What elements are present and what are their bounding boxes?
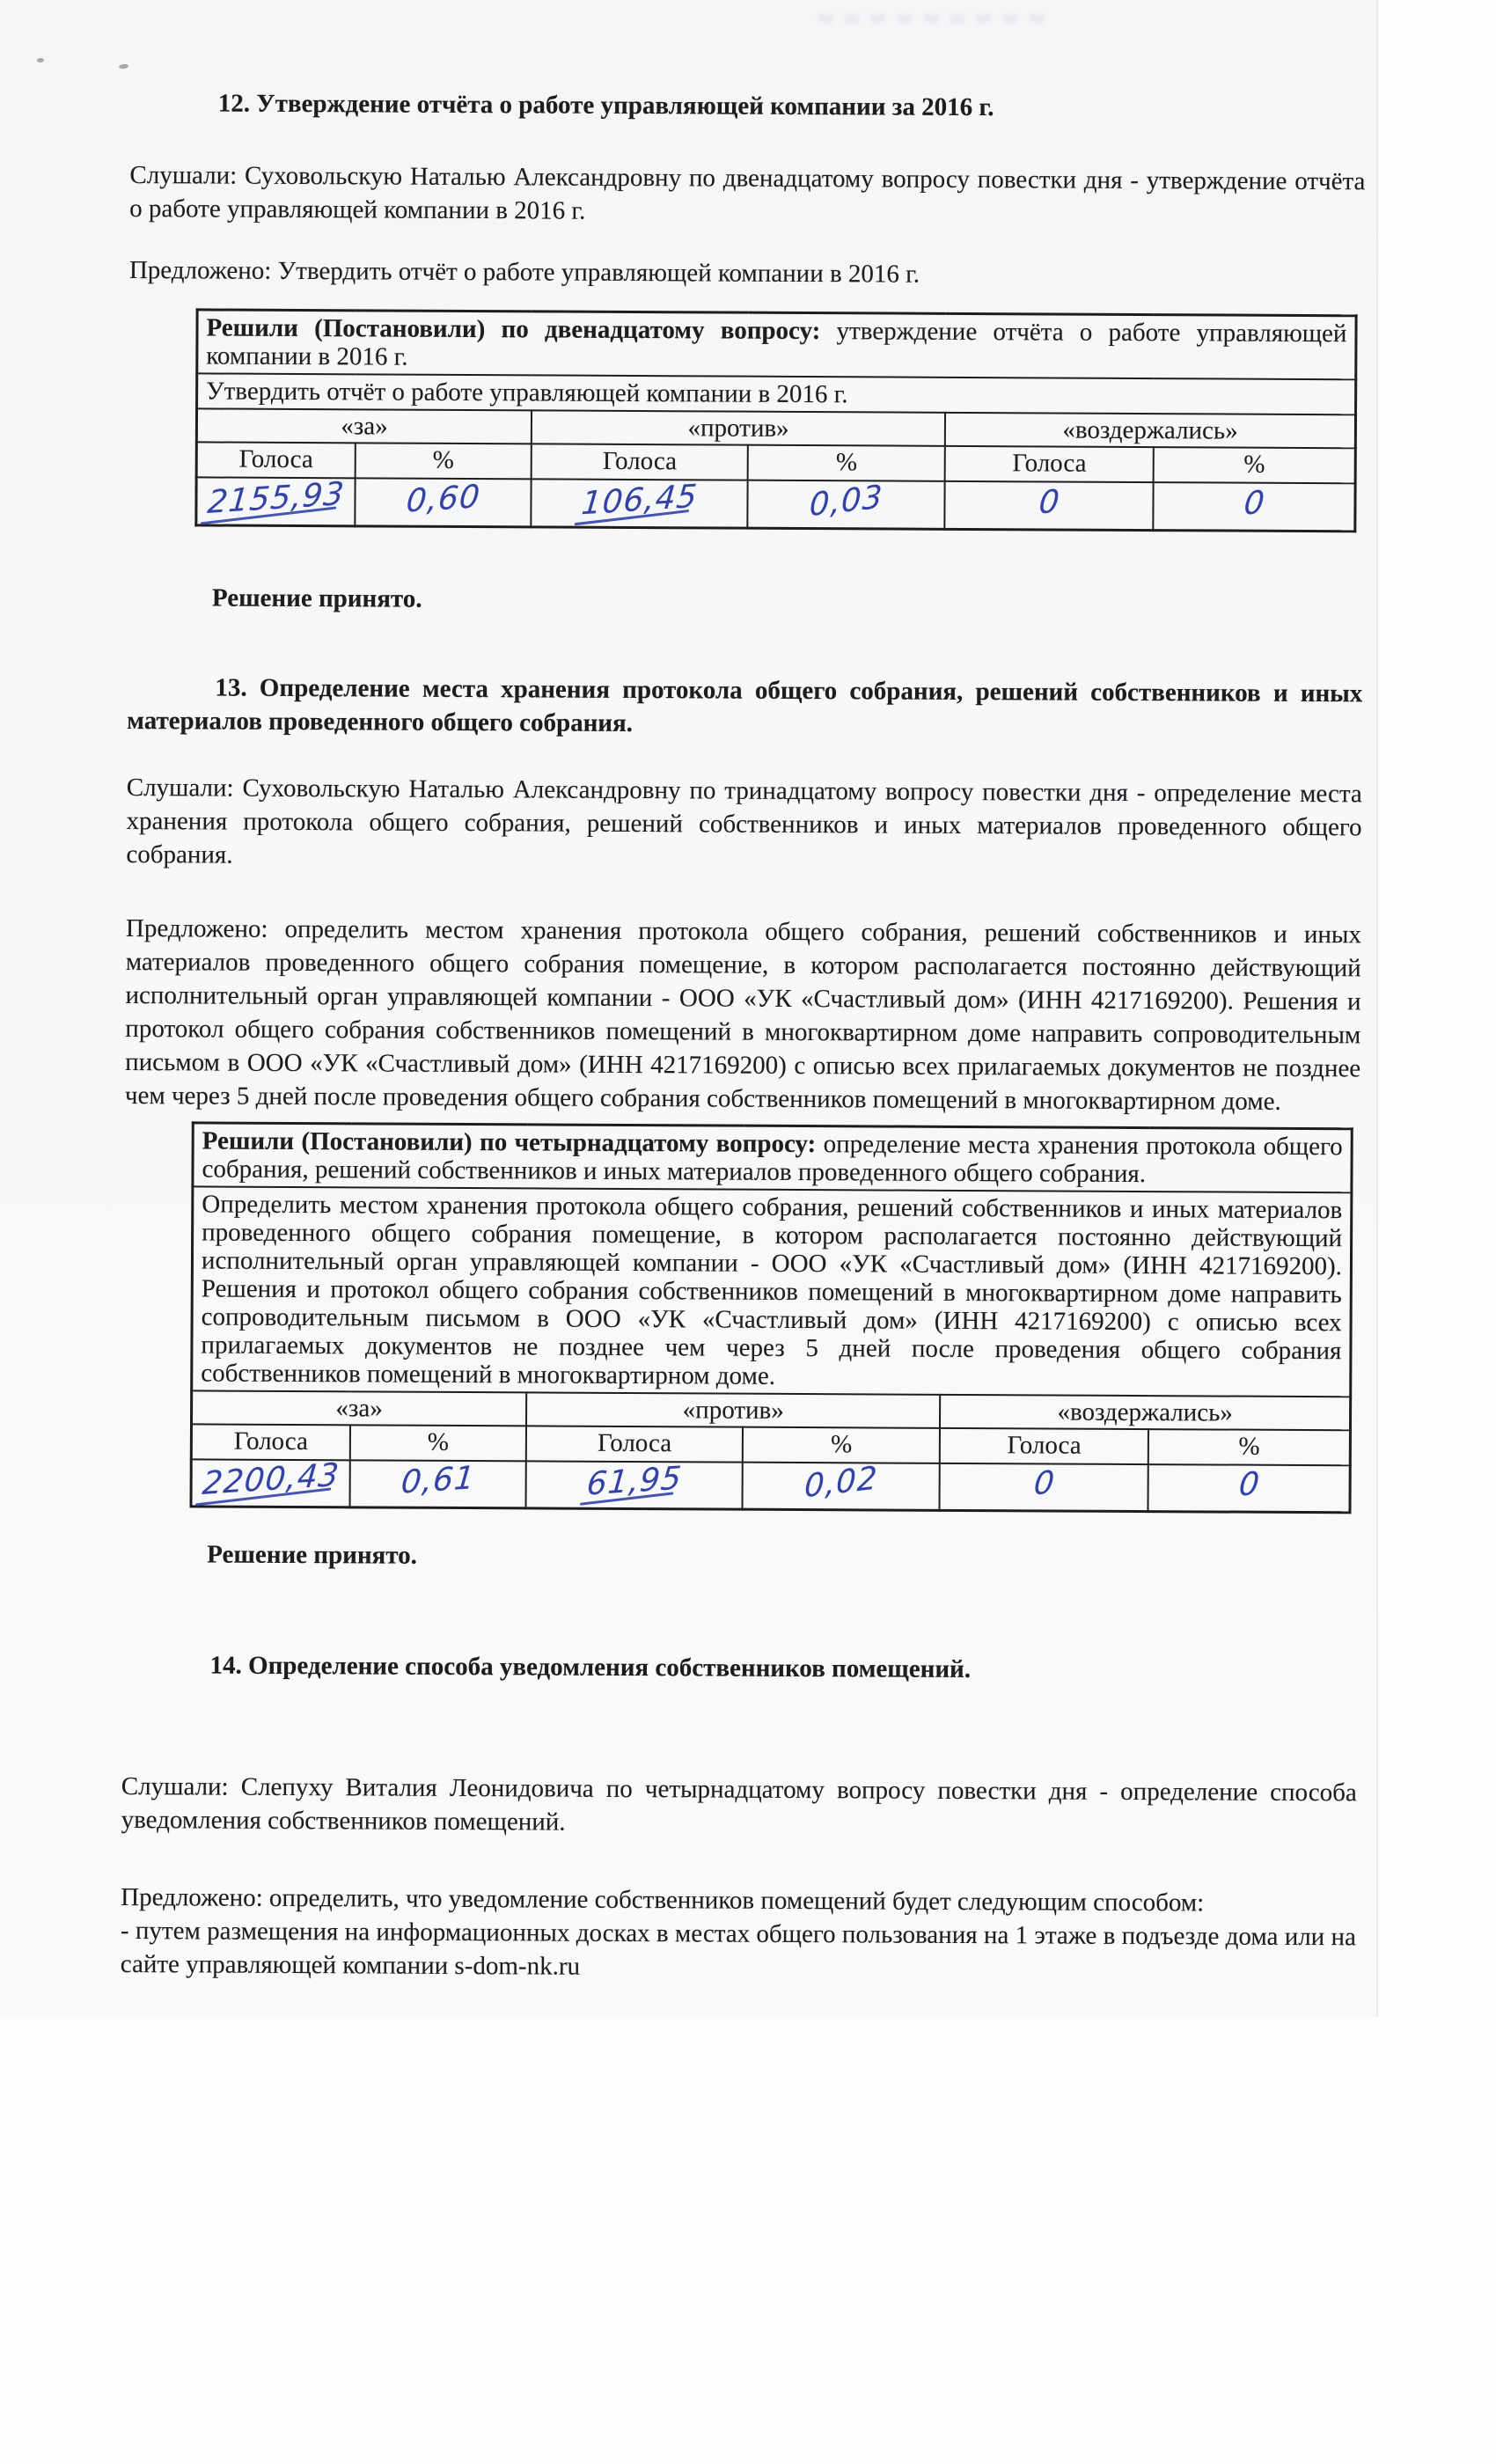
vote-table-13: Решили (Постановили) по четырнадцатому в… xyxy=(190,1121,1353,1514)
section-12-heard: Слушали: Суховольскую Наталью Александро… xyxy=(129,158,1365,231)
proposed-text: определить местом хранения протокола общ… xyxy=(125,914,1361,1115)
table-row-resolved: Решили (Постановили) по двенадцатому воп… xyxy=(197,310,1356,379)
handwritten-votes-za: 2155,93 xyxy=(206,480,346,517)
group-protiv: «против» xyxy=(526,1392,940,1427)
document-content: 12. Утверждение отчёта о работе управляю… xyxy=(121,0,1367,1987)
table-row-decision: Определить местом хранения протокола общ… xyxy=(192,1186,1352,1397)
section-14: 14. Определение способа уведомления собс… xyxy=(121,1648,1358,1987)
proposed-label: Предложено: xyxy=(126,913,268,942)
col-pct: % xyxy=(356,443,532,479)
col-pct: % xyxy=(1154,447,1355,483)
handwritten-pct-za: 0,61 xyxy=(400,1464,476,1498)
handwritten-pct-vozd: 0 xyxy=(1237,1470,1261,1500)
scanned-page: 12. Утверждение отчёта о работе управляю… xyxy=(0,0,1496,2464)
handwritten-votes-za: 2200,43 xyxy=(202,1462,341,1499)
col-pct: % xyxy=(743,1426,940,1463)
section-13-proposed: Предложено: определить местом хранения п… xyxy=(125,911,1361,1118)
col-pct: % xyxy=(748,445,945,481)
table-row-collabels: Голоса % Голоса % Голоса % xyxy=(191,1424,1350,1465)
col-votes: Голоса xyxy=(191,1424,350,1460)
col-votes: Голоса xyxy=(532,444,748,480)
section-14-heading: 14. Определение способа уведомления собс… xyxy=(121,1648,1357,1688)
section-13-heading: 13. Определение места хранения протокола… xyxy=(127,670,1362,743)
group-vozderzhalis: «воздержались» xyxy=(945,413,1355,448)
proposed-label: Предложено: xyxy=(121,1883,263,1912)
section-12-heading: 12. Утверждение отчёта о работе управляю… xyxy=(130,86,1366,126)
heard-text: Суховольскую Наталью Александровну по тр… xyxy=(126,774,1362,869)
proposed-text: Утвердить отчёт о работе управляющей ком… xyxy=(278,257,920,289)
handwritten-pct-za: 0,60 xyxy=(405,483,481,517)
table-row-values: 2155,93 0,60 106,45 0,03 0 0 xyxy=(196,477,1355,531)
handwritten-pct-vozd: 0 xyxy=(1243,489,1266,519)
group-protiv: «против» xyxy=(532,410,945,445)
proposed-bullet: - путем размещения на информационных дос… xyxy=(121,1914,1356,1987)
handwritten-votes-vozd: 0 xyxy=(1032,1470,1056,1500)
section-13-heard: Слушали: Суховольскую Наталью Александро… xyxy=(126,770,1362,876)
resolved-bold: Решили (Постановили) по двенадцатому воп… xyxy=(206,313,820,345)
handwritten-votes-protiv: 106,45 xyxy=(581,482,700,518)
col-pct: % xyxy=(350,1425,526,1461)
section-14-heard: Слушали: Слепуху Виталия Леонидовича по … xyxy=(121,1770,1357,1843)
section-12-resolution: Решение принято. xyxy=(128,580,1363,620)
vote-table-12: Решили (Постановили) по двенадцатому воп… xyxy=(194,308,1357,532)
resolved-bold: Решили (Постановили) по четырнадцатому в… xyxy=(202,1126,817,1158)
group-vozderzhalis: «воздержались» xyxy=(940,1394,1350,1429)
heard-text: Суховольскую Наталью Александровну по дв… xyxy=(129,162,1365,225)
heard-label: Слушали: xyxy=(127,773,234,802)
table-row-decision: Утвердить отчёт о работе управляющей ком… xyxy=(197,373,1356,414)
col-votes: Голоса xyxy=(945,446,1154,482)
group-za: «за» xyxy=(196,408,532,444)
section-13: 13. Определение места хранения протокола… xyxy=(122,670,1362,1577)
col-votes: Голоса xyxy=(526,1426,743,1462)
decision-text: Утвердить отчёт о работе управляющей ком… xyxy=(197,373,1356,414)
heard-label: Слушали: xyxy=(121,1772,229,1801)
handwritten-pct-protiv: 0,02 xyxy=(804,1464,879,1501)
decision-text: Определить местом хранения протокола общ… xyxy=(192,1186,1352,1397)
handwritten-votes-vozd: 0 xyxy=(1038,488,1061,517)
handwritten-votes-protiv: 61,95 xyxy=(586,1465,684,1500)
table-row-collabels: Голоса % Голоса % Голоса % xyxy=(196,442,1355,483)
handwritten-pct-protiv: 0,03 xyxy=(809,483,884,520)
section-14-proposed: Предложено: определить, что уведомление … xyxy=(121,1881,1357,1987)
col-votes: Голоса xyxy=(940,1427,1148,1463)
heard-label: Слушали: xyxy=(129,161,237,190)
section-13-resolution: Решение принято. xyxy=(122,1537,1358,1577)
col-votes: Голоса xyxy=(196,442,356,478)
table-row-values: 2200,43 0,61 61,95 0,02 0 0 xyxy=(191,1459,1350,1513)
proposed-text: определить, что уведомление собственнико… xyxy=(269,1884,1204,1918)
scan-speck xyxy=(37,58,44,62)
col-pct: % xyxy=(1148,1429,1350,1465)
section-12: 12. Утверждение отчёта о работе управляю… xyxy=(128,86,1366,620)
heard-text: Слепуху Виталия Леонидовича по четырнадц… xyxy=(121,1773,1357,1837)
group-za: «за» xyxy=(192,1390,527,1426)
proposed-label: Предложено: xyxy=(129,256,272,285)
section-12-proposed: Предложено: Утвердить отчёт о работе упр… xyxy=(129,253,1365,293)
table-row-resolved: Решили (Постановили) по четырнадцатому в… xyxy=(193,1122,1352,1192)
